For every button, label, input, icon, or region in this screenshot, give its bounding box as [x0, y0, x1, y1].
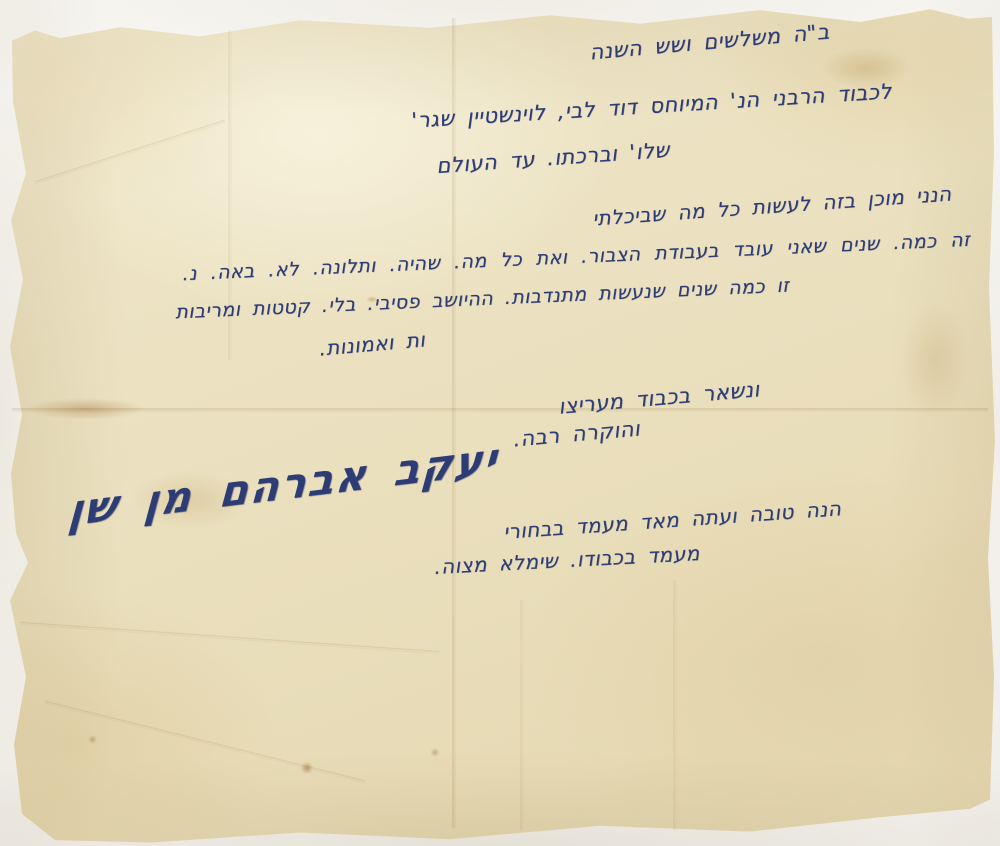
scanner-background: ב"ה משלשים ושש השנה לכבוד הרבני הנ' המיו… — [0, 0, 1000, 846]
